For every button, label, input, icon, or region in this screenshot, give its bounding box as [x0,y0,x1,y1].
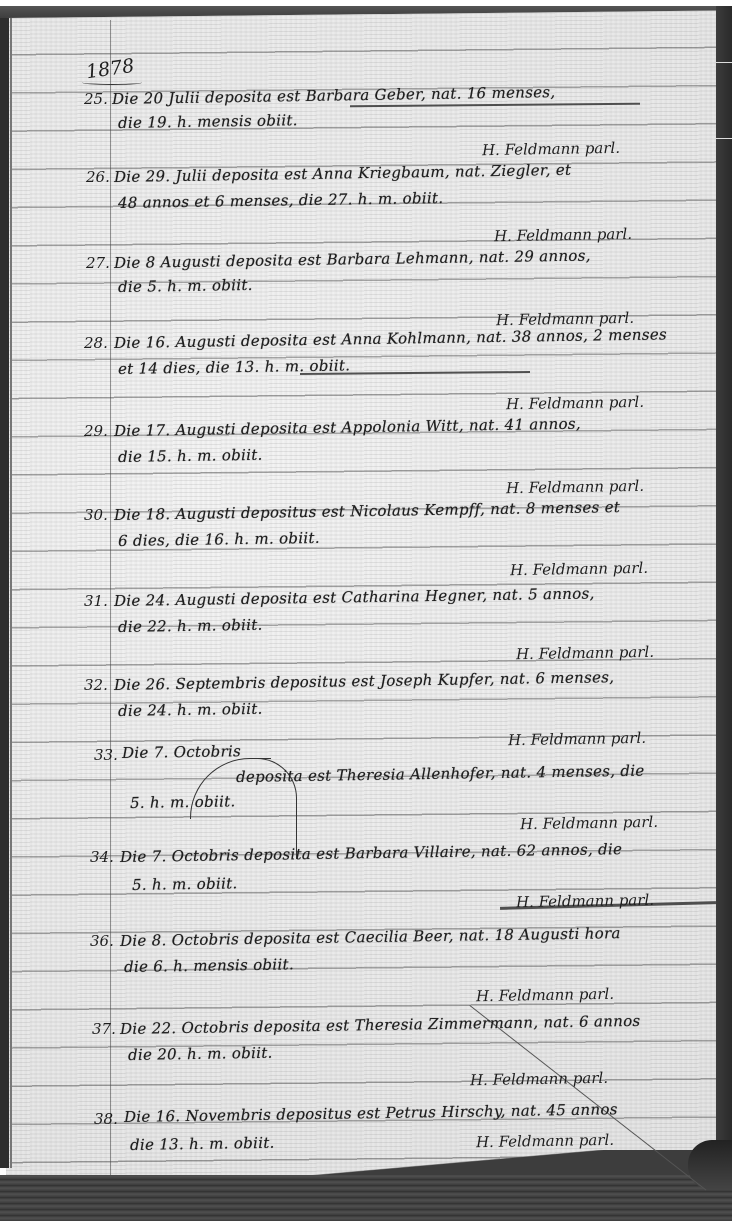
entry-number: 27. [86,254,110,272]
entry-text: die 13. h. m. obiit. [130,1134,275,1154]
year-flourish [82,80,142,85]
entry-number: 36. [90,932,114,950]
entry-text: die 19. h. mensis obiit. [118,111,298,132]
binding-edge-left [0,18,9,1168]
entry-number: 32. [84,676,108,694]
signature: H. Feldmann parl. [494,225,632,245]
entry-text: die 6. h. mensis obiit. [124,955,294,976]
entry-text: die 22. h. m. obiit. [118,616,263,636]
scan-edge-bottom [0,1175,732,1221]
signature: H. Feldmann parl. [508,729,646,749]
entry-number: 31. [84,592,108,610]
margin-rule [110,20,111,1180]
entry-text: die 24. h. m. obiit. [118,700,263,720]
scan-edge-right [716,6,732,1146]
entry-number: 29. [84,422,108,440]
signature: H. Feldmann parl. [516,643,654,663]
binding-edge-left-inner [10,18,12,1168]
signature: H. Feldmann parl. [506,393,644,413]
entry-text: die 20. h. m. obiit. [128,1044,273,1064]
entry-text: 5. h. m. obiit. [130,792,236,812]
signature: H. Feldmann parl. [476,1131,614,1151]
entry-number: 38. [94,1110,118,1128]
entry-number: 37. [92,1020,116,1038]
signature: H. Feldmann parl. [470,1069,608,1089]
signature: H. Feldmann parl. [506,477,644,497]
entry-number: 26. [86,168,110,186]
entry-text: 5. h. m. obiit. [132,874,238,894]
entry-text: et 14 dies, die 13. h. m. obiit. [118,356,351,378]
entry-text: Die 7. Octobris [122,742,241,762]
signature: H. Feldmann parl. [476,985,614,1005]
entry-text: 6 dies, die 16. h. m. obiit. [118,529,320,550]
entry-number: 30. [84,506,108,524]
signature: H. Feldmann parl. [520,813,658,833]
signature: H. Feldmann parl. [510,559,648,579]
signature: H. Feldmann parl. [482,139,620,159]
entry-number: 28. [84,334,108,352]
entry-number: 34. [90,848,114,866]
entry-text: die 5. h. m. obiit. [118,276,253,296]
entry-text: die 15. h. m. obiit. [118,446,263,466]
signature: H. Feldmann parl. [516,891,654,911]
entry-number: 25. [84,90,108,108]
entry-number: 33. [94,746,118,764]
